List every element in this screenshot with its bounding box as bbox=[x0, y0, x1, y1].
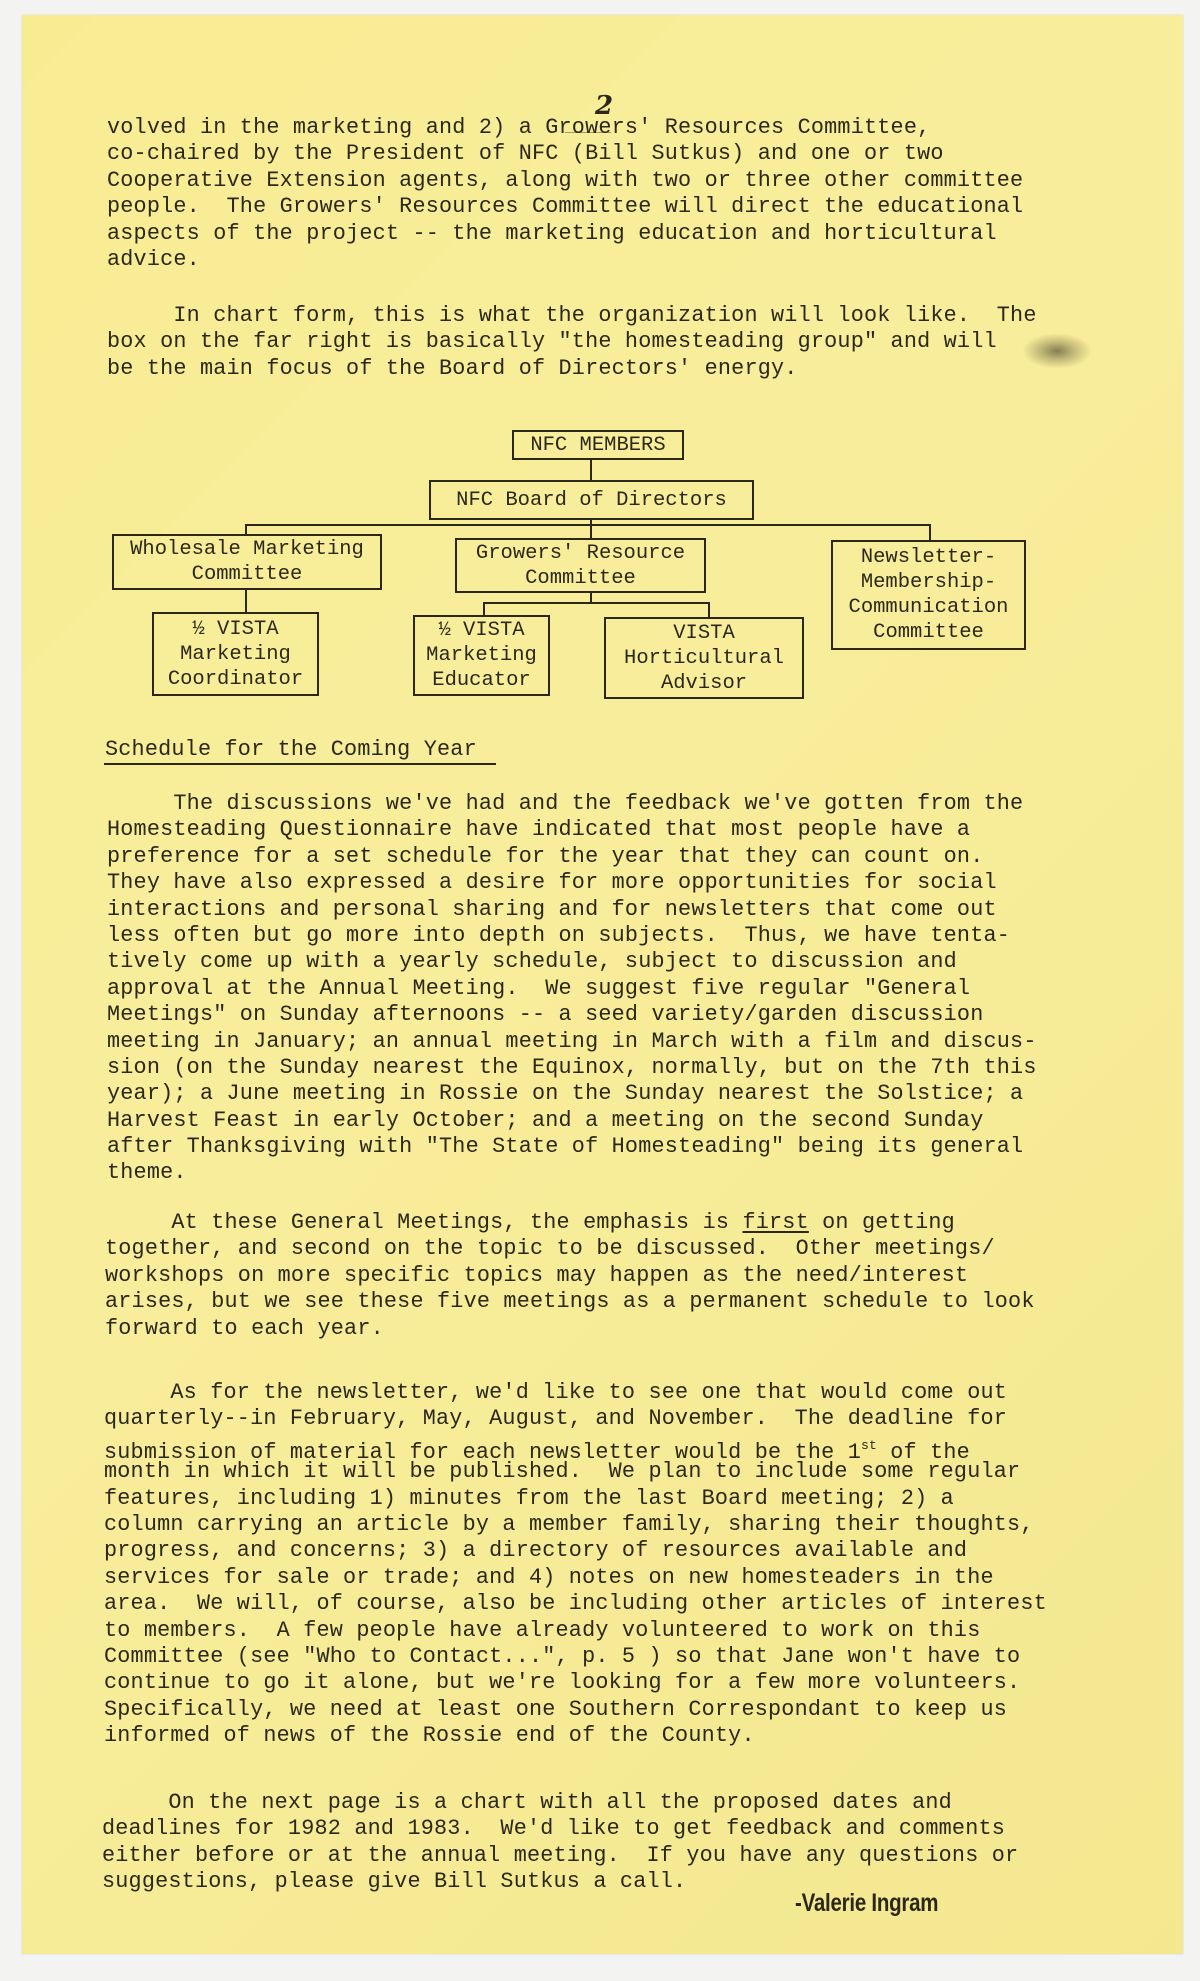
text-line: meeting in January; an annual meeting in… bbox=[107, 1029, 1037, 1055]
text-line: advice. bbox=[107, 247, 1023, 273]
text-line: column carrying an article by a member f… bbox=[104, 1512, 1047, 1538]
text-line: be the main focus of the Board of Direct… bbox=[107, 356, 1037, 382]
text-line: features, including 1) minutes from the … bbox=[104, 1486, 1047, 1512]
org-box-vista-marketing-coordinator: ½ VISTA Marketing Coordinator bbox=[152, 612, 319, 696]
document-page: 2 volved in the marketing and 2) a Growe… bbox=[22, 15, 1183, 1954]
emphasis-word: first bbox=[742, 1210, 808, 1235]
text-line: less often but go more into depth on sub… bbox=[107, 923, 1037, 949]
org-box-label: VISTA Horticultural Advisor bbox=[624, 621, 784, 696]
org-box-label: ½ VISTA Marketing Coordinator bbox=[168, 617, 303, 692]
text-line: deadlines for 1982 and 1983. We'd like t… bbox=[102, 1816, 1018, 1842]
connector-board-bus bbox=[590, 518, 592, 539]
text-line: On the next page is a chart with all the… bbox=[102, 1790, 1018, 1816]
text-line: The discussions we've had and the feedba… bbox=[107, 791, 1037, 817]
connector-wholesale-coordinator bbox=[245, 588, 247, 614]
section-heading-schedule: Schedule for the Coming Year bbox=[105, 737, 477, 763]
org-box-label: NFC Board of Directors bbox=[456, 488, 727, 513]
org-box-label: Newsletter- Membership- Communication Co… bbox=[849, 545, 1009, 645]
text-line: informed of news of the Rossie end of th… bbox=[104, 1723, 1047, 1749]
text-line: month in which it will be published. We … bbox=[104, 1459, 1047, 1485]
text-fragment: on getting bbox=[809, 1210, 955, 1235]
text-line: In chart form, this is what the organiza… bbox=[107, 303, 1037, 329]
org-box-label: Growers' Resource Committee bbox=[476, 541, 685, 591]
intro-paragraph: volved in the marketing and 2) a Growers… bbox=[107, 115, 1023, 273]
text-line: to members. A few people have already vo… bbox=[104, 1618, 1047, 1644]
text-line: Specifically, we need at least one South… bbox=[104, 1697, 1047, 1723]
text-line: Cooperative Extension agents, along with… bbox=[107, 168, 1023, 194]
org-box-newsletter-membership-communication-committee: Newsletter- Membership- Communication Co… bbox=[831, 540, 1026, 650]
text-line: continue to go it alone, but we're looki… bbox=[104, 1670, 1047, 1696]
text-line: submission of material for each newslett… bbox=[104, 1433, 1047, 1459]
text-line: workshops on more specific topics may ha… bbox=[105, 1263, 1035, 1289]
text-line: Committee (see "Who to Contact...", p. 5… bbox=[104, 1644, 1047, 1670]
org-box-wholesale-marketing-committee: Wholesale Marketing Committee bbox=[112, 534, 382, 590]
org-box-label: Wholesale Marketing Committee bbox=[130, 537, 364, 587]
signature: -Valerie Ingram bbox=[795, 1889, 938, 1918]
text-line: people. The Growers' Resources Committee… bbox=[107, 194, 1023, 220]
text-line: quarterly--in February, May, August, and… bbox=[104, 1406, 1047, 1432]
text-line: sion (on the Sunday nearest the Equinox,… bbox=[107, 1055, 1037, 1081]
schedule-paragraph-meetings: The discussions we've had and the feedba… bbox=[107, 791, 1037, 1187]
connector-members-board bbox=[590, 458, 592, 482]
text-line: co-chaired by the President of NFC (Bill… bbox=[107, 141, 1023, 167]
text-line: At these General Meetings, the emphasis … bbox=[105, 1210, 1035, 1236]
text-line: arises, but we see these five meetings a… bbox=[105, 1289, 1035, 1315]
connector-subbus-advisor bbox=[708, 602, 710, 618]
org-box-growers-resource-committee: Growers' Resource Committee bbox=[455, 538, 706, 593]
text-line: either before or at the annual meeting. … bbox=[102, 1843, 1018, 1869]
text-line: Homesteading Questionnaire have indicate… bbox=[107, 817, 1037, 843]
text-line: box on the far right is basically "the h… bbox=[107, 329, 1037, 355]
text-line: progress, and concerns; 3) a directory o… bbox=[104, 1538, 1047, 1564]
org-box-label: NFC MEMBERS bbox=[530, 433, 665, 458]
text-line: aspects of the project -- the marketing … bbox=[107, 221, 1023, 247]
text-line: tively come up with a yearly schedule, s… bbox=[107, 949, 1037, 975]
text-line: As for the newsletter, we'd like to see … bbox=[104, 1380, 1047, 1406]
org-box-board-of-directors: NFC Board of Directors bbox=[429, 480, 754, 520]
schedule-paragraph-next-page: On the next page is a chart with all the… bbox=[102, 1790, 1018, 1896]
text-line: after Thanksgiving with "The State of Ho… bbox=[107, 1134, 1037, 1160]
schedule-paragraph-newsletter: As for the newsletter, we'd like to see … bbox=[104, 1380, 1047, 1749]
org-box-nfc-members: NFC MEMBERS bbox=[512, 430, 684, 460]
text-line: year); a June meeting in Rossie on the S… bbox=[107, 1081, 1037, 1107]
text-line: theme. bbox=[107, 1160, 1037, 1186]
chart-intro-paragraph: In chart form, this is what the organiza… bbox=[107, 303, 1037, 382]
connector-subbus-educator bbox=[483, 602, 485, 616]
org-box-vista-marketing-educator: ½ VISTA Marketing Educator bbox=[413, 615, 550, 696]
text-line: preference for a set schedule for the ye… bbox=[107, 844, 1037, 870]
text-line: approval at the Annual Meeting. We sugge… bbox=[107, 976, 1037, 1002]
schedule-paragraph-general-meetings: At these General Meetings, the emphasis … bbox=[105, 1210, 1035, 1342]
text-line: forward to each year. bbox=[105, 1316, 1035, 1342]
text-line: together, and second on the topic to be … bbox=[105, 1236, 1035, 1262]
text-line: volved in the marketing and 2) a Growers… bbox=[107, 115, 1023, 141]
text-line: Meetings" on Sunday afternoons -- a seed… bbox=[107, 1002, 1037, 1028]
ordinal-suffix: st bbox=[861, 1438, 877, 1453]
connector-growers-subbus-line bbox=[483, 602, 710, 604]
text-line: Harvest Feast in early October; and a me… bbox=[107, 1108, 1037, 1134]
section-heading-underline bbox=[104, 763, 496, 765]
text-line: They have also expressed a desire for mo… bbox=[107, 870, 1037, 896]
connector-committee-bus bbox=[245, 524, 931, 526]
text-line: area. We will, of course, also be includ… bbox=[104, 1591, 1047, 1617]
org-box-label: ½ VISTA Marketing Educator bbox=[426, 618, 537, 693]
org-box-vista-horticultural-advisor: VISTA Horticultural Advisor bbox=[604, 617, 804, 699]
text-line: interactions and personal sharing and fo… bbox=[107, 897, 1037, 923]
text-line: services for sale or trade; and 4) notes… bbox=[104, 1565, 1047, 1591]
